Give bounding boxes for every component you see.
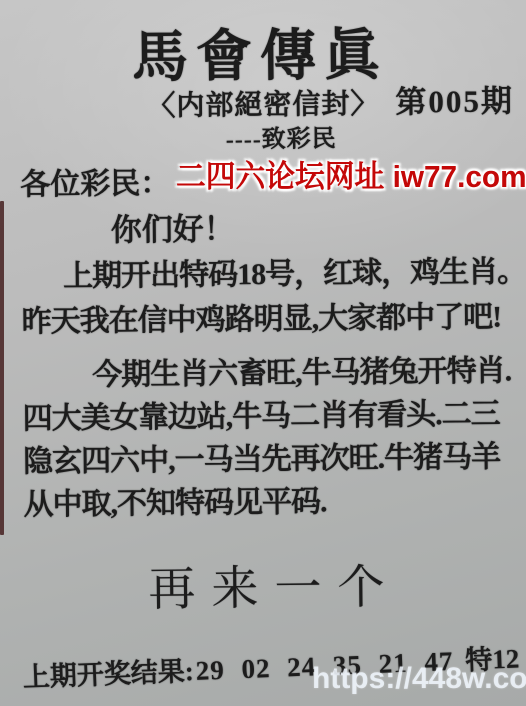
envelope-label: 〈内部絕密信封〉	[147, 89, 379, 122]
body-line: 今期生肖六畜旺,牛马猪兔开特肖.	[92, 345, 511, 393]
forum-banner-watermark: 二四六论坛网址 iw77.com	[176, 151, 526, 196]
subtitle-line: 〈内部絕密信封〉第005期	[147, 75, 514, 124]
greeting: 你们好！	[110, 203, 234, 249]
body-line: 隐玄四六中,一马当先再次旺.牛猪马羊	[23, 432, 500, 481]
salutation: 各位彩民：	[20, 158, 170, 204]
fax-document-photo: 馬會傳眞 〈内部絕密信封〉第005期 ----致彩民 各位彩民： 你们好！ 上期…	[0, 0, 526, 706]
dedication-line: ----致彩民	[226, 118, 337, 154]
body-line: 昨天我在信中鸡路明显,大家都中了吧!	[21, 292, 501, 341]
results-label: 上期开奖结果:	[22, 656, 194, 693]
slogan: 再来一个	[148, 550, 401, 620]
body-line: 从中取,不知特码见平码.	[23, 476, 326, 523]
url-watermark: https://448w.com	[312, 662, 526, 696]
document-content: 馬會傳眞 〈内部絕密信封〉第005期 ----致彩民 各位彩民： 你们好！ 上期…	[0, 0, 526, 706]
issue-number: 第005期	[395, 83, 514, 119]
body-line: 上期开出特码18号，红球，鸡生肖。	[63, 246, 526, 295]
body-line: 四大美女靠边站,牛马二肖有看头.二三	[22, 389, 499, 438]
